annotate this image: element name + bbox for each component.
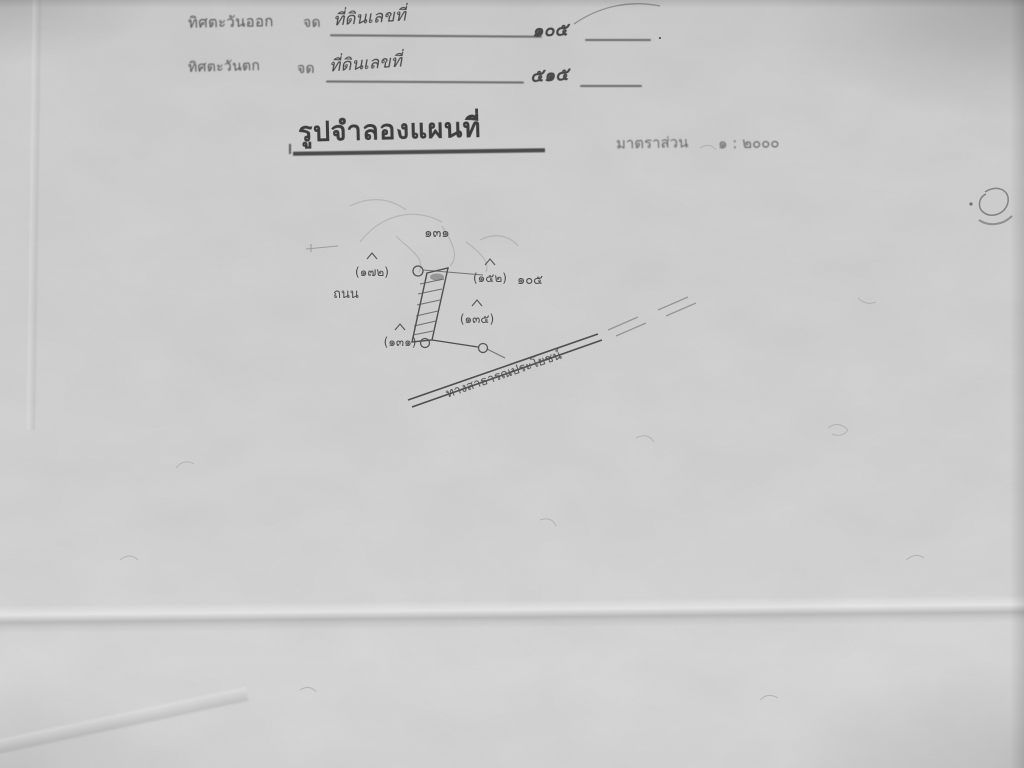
west-side-label: ถนน [333, 287, 359, 302]
title-tick-mark [289, 144, 291, 154]
boundary-post-circle-top [413, 266, 423, 276]
west-abut-label: จด [297, 58, 315, 80]
bottom-left-crease [0, 687, 248, 759]
road-label: ทางสาธารณประโยชน์ [444, 347, 564, 401]
caret-top-right-icon [485, 259, 495, 265]
east-number-underline [585, 39, 651, 41]
left-vertical-crease [27, 0, 41, 430]
road-continuation-dashes [608, 297, 696, 336]
west-number-underline [580, 85, 642, 87]
boundary-marker-top-right: (๑๕๒) [473, 271, 507, 285]
horizontal-fold-crease [0, 595, 1024, 634]
scale-value: ๑ : ๒๐๐๐ [718, 130, 780, 155]
caret-bottom-left-icon [395, 324, 405, 330]
caret-top-left-icon [367, 253, 377, 259]
south-connector-line [487, 349, 505, 358]
west-fill-underline [326, 80, 524, 83]
east-line-period: . [658, 24, 663, 43]
east-adjacent-parcel-number: ๑๐๕ [517, 273, 543, 288]
ink-blotch [430, 274, 444, 281]
east-fill-underline [330, 34, 542, 37]
west-fill-text: ที่ดินเลขที่ [328, 47, 403, 79]
north-parcel-number: ๑๓๑ [424, 226, 449, 241]
document-page: ทิศตะวันออก จด ที่ดินเลขที่ ๑๐๕ . ทิศตะว… [0, 0, 1024, 768]
boundary-post-circle-road [479, 344, 488, 353]
west-parcel-number: ๕๑๕ [529, 59, 569, 90]
west-direction-label: ทิศตะวันตก [188, 55, 261, 79]
left-survey-line [306, 244, 338, 252]
map-title: รูปจำลองแผนที่ [297, 106, 481, 154]
caret-middle-icon [472, 300, 482, 306]
east-direction-label: ทิศตะวันออก [188, 9, 274, 34]
right-edge-shadow [1010, 0, 1024, 768]
top-edge-shadow [0, 0, 1024, 8]
boundary-marker-middle: (๑๓๕) [460, 312, 494, 326]
boundary-marker-top-left: (๑๗๒) [355, 265, 389, 279]
scale-label: มาตราส่วน [616, 130, 689, 155]
east-abut-label: จด [303, 12, 321, 34]
south-boundary-line [432, 340, 478, 347]
parcel-sketch: ๑๓๑ (๑๗๒) ถนน (๑๕๒) ๑๐๕ (๑๓๕) (๑๓๑) [290, 180, 760, 420]
